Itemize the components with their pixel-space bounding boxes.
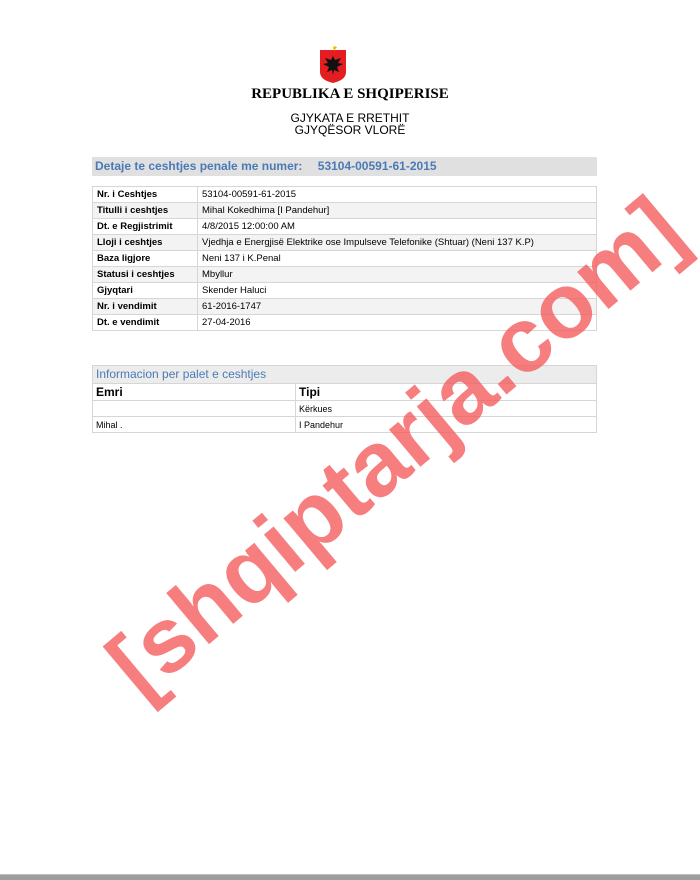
table-row: Mihal . I Pandehur xyxy=(93,417,596,433)
parties-section: Informacion per palet e ceshtjes Emri Ti… xyxy=(92,365,597,433)
row-label: Statusi i ceshtjes xyxy=(93,267,198,283)
row-value: Vjedhja e Energjisë Elektrike ose Impuls… xyxy=(198,235,597,251)
court-name-line2: GJYQËSOR VLORË xyxy=(0,124,700,136)
row-value: 4/8/2015 12:00:00 AM xyxy=(198,219,597,235)
case-number-heading: 53104-00591-61-2015 xyxy=(318,159,437,173)
row-label: Gjyqtari xyxy=(93,283,198,299)
table-row: Statusi i ceshtjesMbyllur xyxy=(93,267,597,283)
case-details-heading: Detaje te ceshtjes penale me numer: 5310… xyxy=(92,157,597,176)
row-value: 27-04-2016 xyxy=(198,315,597,331)
bottom-scroll-bar xyxy=(0,874,700,880)
row-value: Neni 137 i K.Penal xyxy=(198,251,597,267)
party-type: I Pandehur xyxy=(296,417,597,433)
row-label: Nr. i Ceshtjes xyxy=(93,187,198,203)
row-value: Mihal Kokedhima [I Pandehur] xyxy=(198,203,597,219)
republic-title: REPUBLIKA E SHQIPERISE xyxy=(0,86,700,103)
row-value: Skender Haluci xyxy=(198,283,597,299)
row-label: Nr. i vendimit xyxy=(93,299,198,315)
table-row: Nr. i Ceshtjes53104-00591-61-2015 xyxy=(93,187,597,203)
column-header-type: Tipi xyxy=(296,384,597,401)
row-label: Lloji i ceshtjes xyxy=(93,235,198,251)
parties-heading: Informacion per palet e ceshtjes xyxy=(93,366,596,384)
parties-table: Emri Tipi Kërkues Mihal . I Pandehur xyxy=(93,384,596,432)
table-row: Lloji i ceshtjesVjedhja e Energjisë Elek… xyxy=(93,235,597,251)
table-row: Dt. e Regjistrimit4/8/2015 12:00:00 AM xyxy=(93,219,597,235)
party-type: Kërkues xyxy=(296,401,597,417)
table-row: GjyqtariSkender Haluci xyxy=(93,283,597,299)
albania-coat-of-arms-icon xyxy=(318,44,348,84)
column-header-name: Emri xyxy=(93,384,296,401)
row-label: Dt. e vendimit xyxy=(93,315,198,331)
party-name: Mihal . xyxy=(93,417,296,433)
table-header-row: Emri Tipi xyxy=(93,384,596,401)
row-label: Baza ligjore xyxy=(93,251,198,267)
table-row: Titulli i ceshtjesMihal Kokedhima [I Pan… xyxy=(93,203,597,219)
table-row: Nr. i vendimit61-2016-1747 xyxy=(93,299,597,315)
court-name: GJYKATA E RRETHIT GJYQËSOR VLORË xyxy=(0,112,700,136)
case-details-table: Nr. i Ceshtjes53104-00591-61-2015 Titull… xyxy=(92,186,597,331)
row-value: Mbyllur xyxy=(198,267,597,283)
table-row: Dt. e vendimit27-04-2016 xyxy=(93,315,597,331)
row-label: Titulli i ceshtjes xyxy=(93,203,198,219)
table-row: Kërkues xyxy=(93,401,596,417)
row-label: Dt. e Regjistrimit xyxy=(93,219,198,235)
table-row: Baza ligjoreNeni 137 i K.Penal xyxy=(93,251,597,267)
row-value: 61-2016-1747 xyxy=(198,299,597,315)
row-value: 53104-00591-61-2015 xyxy=(198,187,597,203)
party-name xyxy=(93,401,296,417)
case-details-title: Detaje te ceshtjes penale me numer: xyxy=(95,159,302,173)
